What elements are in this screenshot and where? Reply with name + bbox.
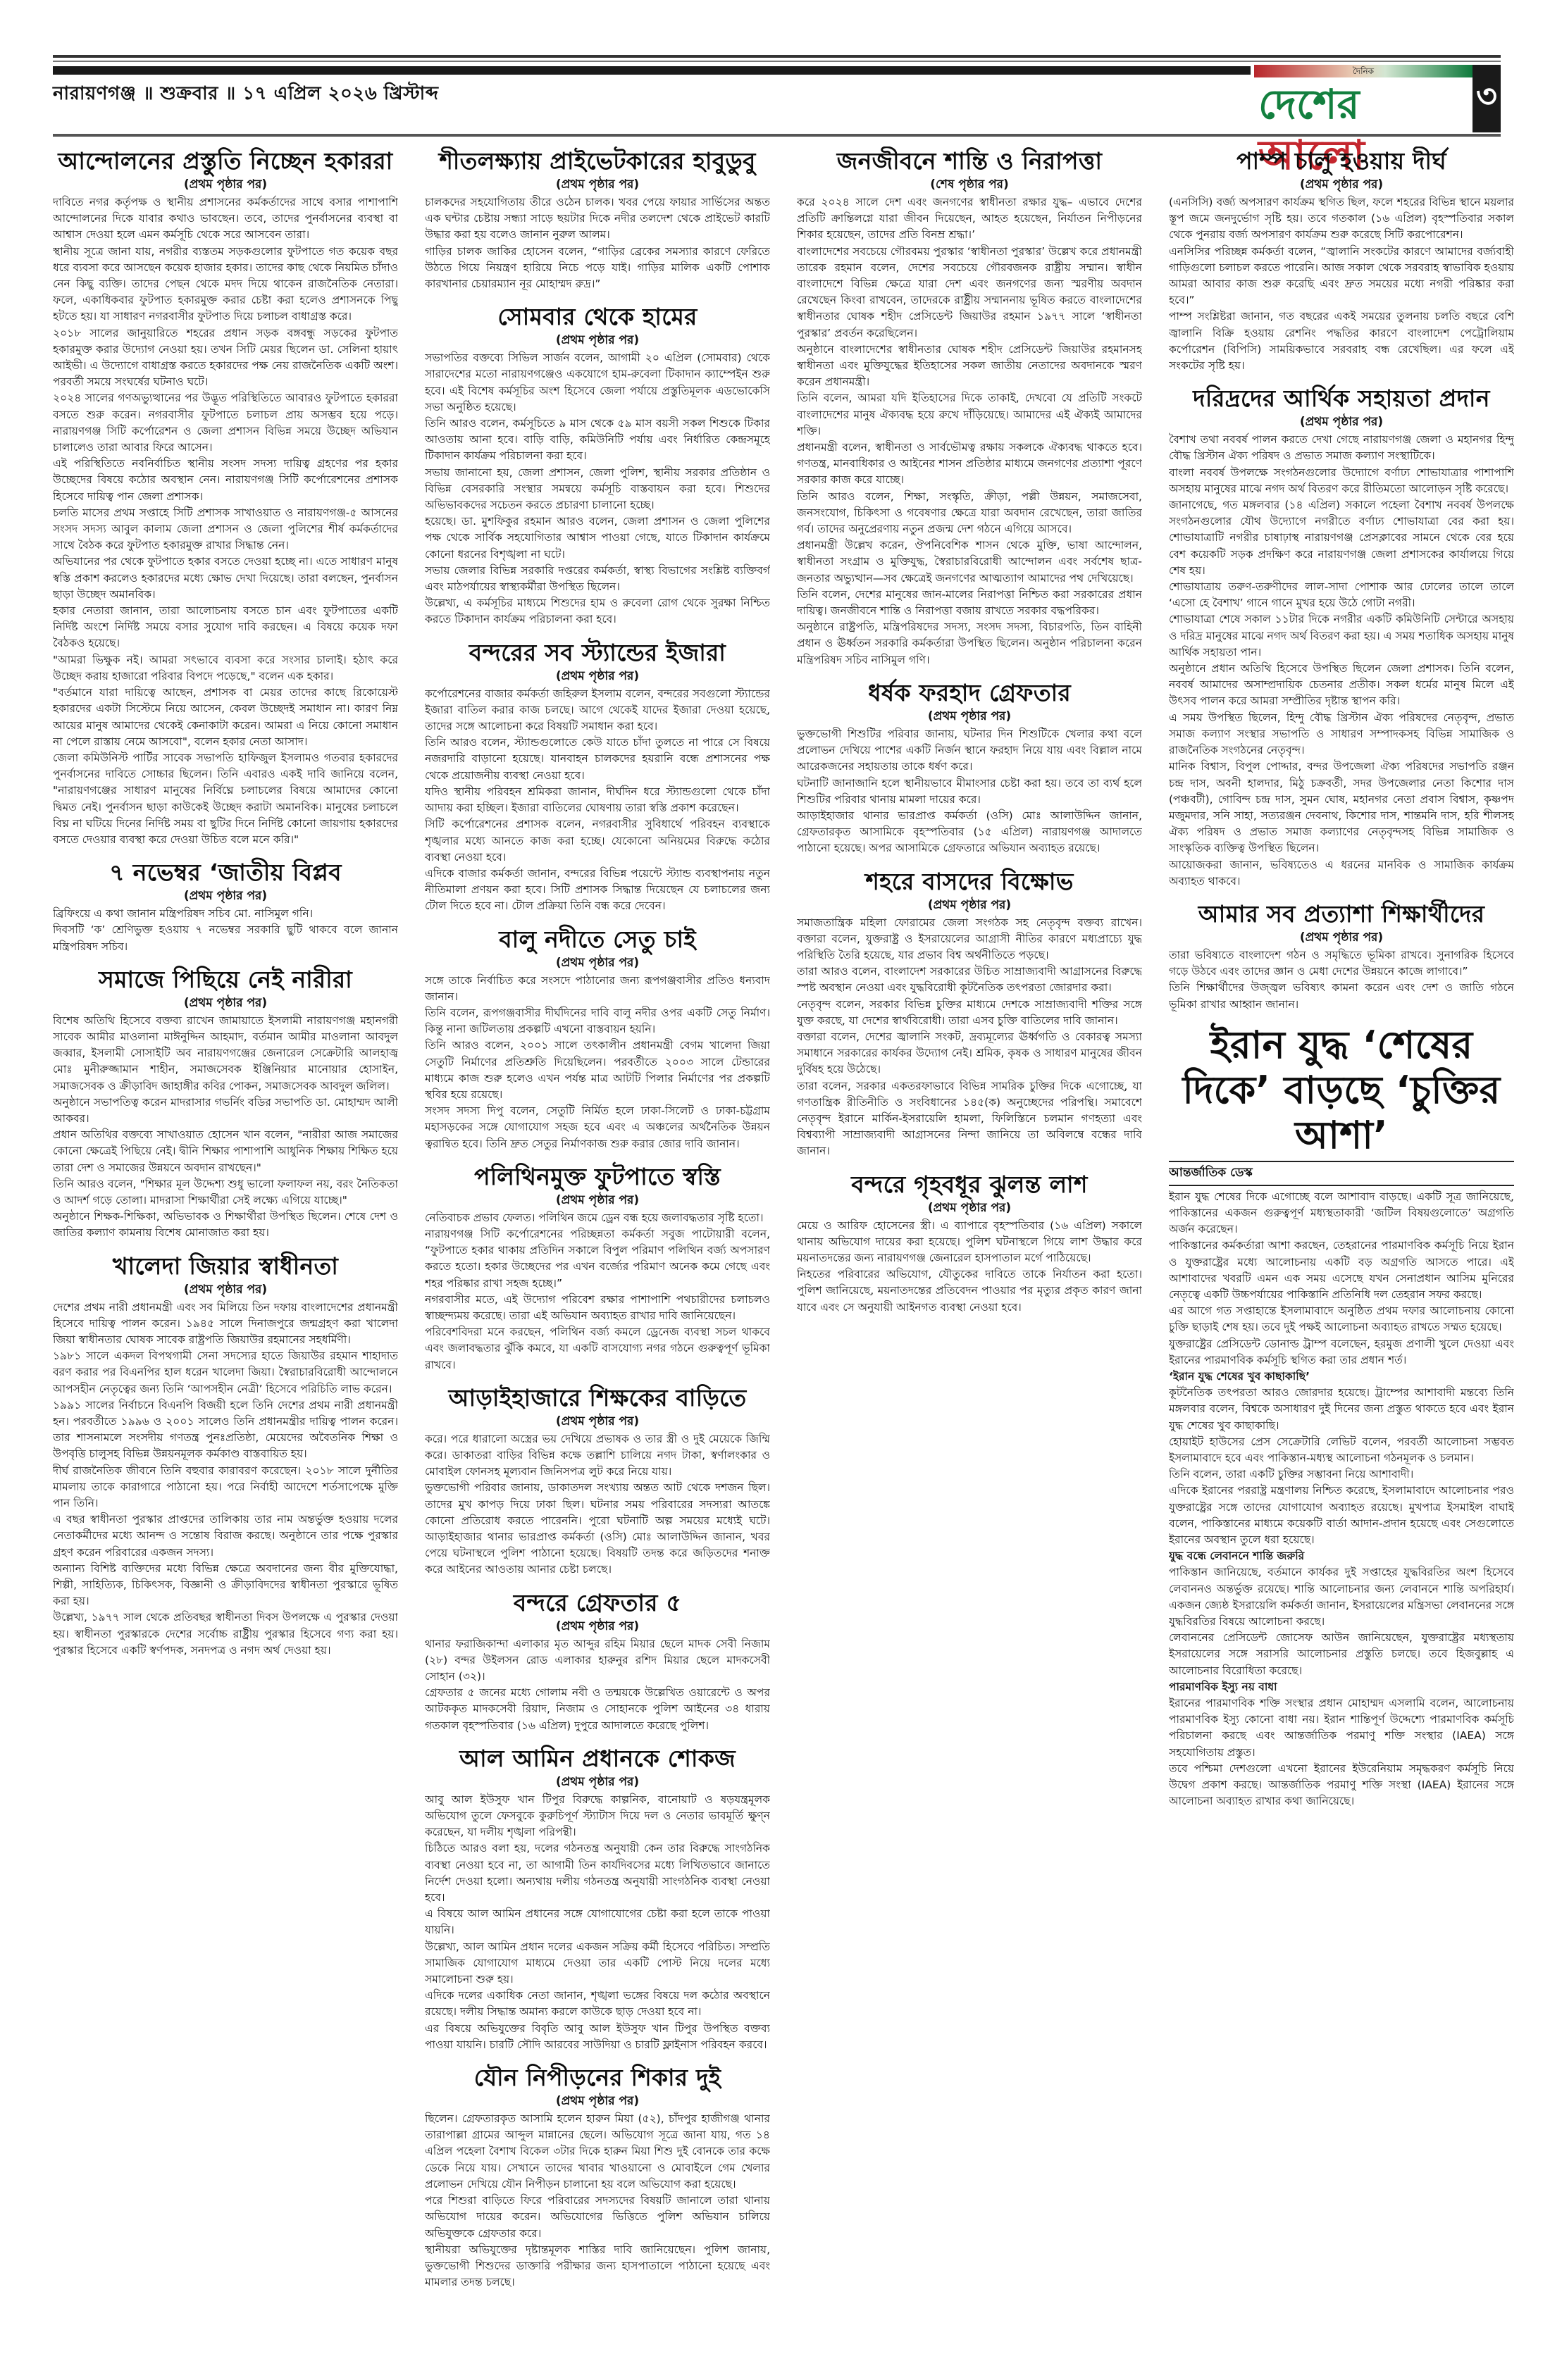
article-paragraph: তিনি বলেন, দেশের মানুষের জান-মালের নিরাপ… bbox=[797, 587, 1142, 619]
article[interactable]: বালু নদীতে সেতু চাই(প্রথম পৃষ্ঠার পর)সঙ্… bbox=[425, 925, 770, 1152]
article-paragraph: ১৯৮১ সালে একদল বিপথগামী সেনা সদস্যের হাত… bbox=[53, 1348, 398, 1397]
article-paragraph: আবু আল ইউসুফ খান টিপুর বিরুদ্ধে কাল্পনিক… bbox=[425, 1792, 770, 1841]
article-columns: আন্দোলনের প্রস্তুতি নিচ্ছেন হকাররা(প্রথম… bbox=[53, 147, 1501, 2358]
article-paragraph: চিঠিতে আরও বলা হয়, দলের গঠনতন্ত্র অনুযা… bbox=[425, 1840, 770, 1906]
article[interactable]: জনজীবনে শান্তি ও নিরাপত্তা(শেষ পৃষ্ঠার প… bbox=[797, 147, 1142, 668]
article-subheading: পারমাণবিক ইস্যু নয় বাধা bbox=[1169, 1679, 1514, 1695]
article-paragraph: স্থানীয় সূত্রে জানা যায়, নগরীর ব্যস্তত… bbox=[53, 244, 398, 325]
article-paragraph: উল্লেখ্য, ১৯৭৭ সাল থেকে প্রতিবছর স্বাধীন… bbox=[53, 1609, 398, 1659]
article-body: বৈশাখ তথা নববর্ষ পালন করতে দেখা গেছে নার… bbox=[1169, 432, 1514, 890]
article-paragraph: এদিকে দলের একাধিক নেতা জানান, শৃঙ্খলা ভঙ… bbox=[425, 1988, 770, 2020]
header-black-band bbox=[53, 66, 1251, 75]
article[interactable]: শীতলক্ষ্যায় প্রাইভেটকারের হাবুডুবু(প্রথ… bbox=[425, 147, 770, 292]
article-paragraph: তারা বলেন, সরকার একতরফাভাবে বিভিন্ন সামর… bbox=[797, 1078, 1142, 1160]
article-paragraph: পাকিস্তান জানিয়েছে, বর্তমানে কার্যকর দু… bbox=[1169, 1564, 1514, 1630]
article[interactable]: খালেদা জিয়ার স্বাধীনতা(প্রথম পৃষ্ঠার পর… bbox=[53, 1252, 398, 1659]
article-paragraph: বৈশাখ তথা নববর্ষ পালন করতে দেখা গেছে নার… bbox=[1169, 432, 1514, 464]
article-paragraph: হোয়াইট হাউসের প্রেস সেক্রেটারি লেভিট বল… bbox=[1169, 1434, 1514, 1466]
article-paragraph: এ সময় উপস্থিত ছিলেন, হিন্দু বৌদ্ধ খ্রিস… bbox=[1169, 710, 1514, 759]
article-paragraph: সিটি কর্পোরেশনের প্রশাসক বলেন, নগরবাসীর … bbox=[425, 816, 770, 866]
article-paragraph: ২০১৮ সালের জানুয়ারিতে শহরের প্রধান সড়ক… bbox=[53, 325, 398, 391]
article-body: কর্পোরেশনের বাজার কর্মকর্তা জহিরুল ইসলাম… bbox=[425, 686, 770, 915]
article-headline[interactable]: যৌন নিপীড়নের শিকার দুই bbox=[425, 2063, 770, 2093]
article-paragraph: "বর্তমানে যারা দায়িত্বে আছেন, প্রশাসক ব… bbox=[53, 685, 398, 750]
article-paragraph: অনুষ্ঠানে সভাপতিত্ব করেন মাদরাসার গভর্নি… bbox=[53, 1095, 398, 1127]
article[interactable]: আল আমিন প্রধানকে শোকজ(প্রথম পৃষ্ঠার পর)আ… bbox=[425, 1744, 770, 2053]
article-body: আবু আল ইউসুফ খান টিপুর বিরুদ্ধে কাল্পনিক… bbox=[425, 1792, 770, 2053]
article-paragraph: গ্রেফতার ৫ জনের মধ্যে গোলাম নবী ও তন্ময়… bbox=[425, 1685, 770, 1734]
article-paragraph: গাড়ির চালক জাকির হোসেন বলেন, “গাড়ির ব্… bbox=[425, 244, 770, 293]
article-paragraph: করে। পরে ধারালো অস্ত্রের ভয় দেখিয়ে প্র… bbox=[425, 1431, 770, 1481]
article-headline[interactable]: বন্দরে গৃহবধূর ঝুলন্ত লাশ bbox=[797, 1170, 1142, 1200]
article-paragraph: বাংলা নববর্ষ উপলক্ষে সংগঠনগুলোর উদ্যোগে … bbox=[1169, 465, 1514, 497]
article-paragraph: এর বিষয়ে অভিযুক্তের বিবৃতি আবু আল ইউসুফ… bbox=[425, 2021, 770, 2053]
article-body: (এনসিসি) বর্জ্য অপসারণ কার্যক্রম স্থগিত … bbox=[1169, 194, 1514, 374]
logo-daily-label: দৈনিক bbox=[1254, 66, 1472, 80]
article-paragraph: দিবসটি ‘ক’ শ্রেণিভুক্ত হওয়ায় ৭ নভেম্বর… bbox=[53, 922, 398, 954]
article-paragraph: নগরবাসীর মতে, এই উদ্যোগ পরিবেশ রক্ষার পা… bbox=[425, 1292, 770, 1324]
article-body: বিশেষ অতিথি হিসেবে বক্তব্য রাখেন জামায়া… bbox=[53, 1013, 398, 1242]
continued-from-label: (প্রথম পৃষ্ঠার পর) bbox=[53, 1281, 398, 1298]
article-paragraph: (এনসিসি) বর্জ্য অপসারণ কার্যক্রম স্থগিত … bbox=[1169, 194, 1514, 244]
article-paragraph: বিশেষ অতিথি হিসেবে বক্তব্য রাখেন জামায়া… bbox=[53, 1013, 398, 1095]
article-byline: আন্তর্জাতিক ডেস্ক bbox=[1169, 1161, 1514, 1186]
article-headline[interactable]: সোমবার থেকে হামের bbox=[425, 302, 770, 332]
article-body: সভাপতির বক্তব্যে সিভিল সার্জন বলেন, আগাম… bbox=[425, 350, 770, 628]
article-paragraph: বাংলাদেশের সবচেয়ে গৌরবময় পুরস্কার ‘স্ব… bbox=[797, 244, 1142, 342]
article-paragraph: কর্পোরেশনের বাজার কর্মকর্তা জহিরুল ইসলাম… bbox=[425, 686, 770, 735]
article-body: চালকদের সহযোগিতায় তীরে ওঠেন চালক। খবর প… bbox=[425, 194, 770, 292]
article-paragraph: চলতি মাসের প্রথম সপ্তাহে সিটি প্রশাসক সা… bbox=[53, 505, 398, 554]
article[interactable]: যৌন নিপীড়নের শিকার দুই(প্রথম পৃষ্ঠার পর… bbox=[425, 2063, 770, 2291]
article-paragraph: ভুক্তভোগী শিশুটির পরিবার জানায়, ঘটনার দ… bbox=[797, 726, 1142, 775]
continued-from-label: (প্রথম পৃষ্ঠার পর) bbox=[425, 332, 770, 349]
article-body: তারা ভবিষ্যতে বাংলাদেশ গঠন ও সমৃদ্ধিতে ভ… bbox=[1169, 947, 1514, 1013]
article-paragraph: সভায় জানানো হয়, জেলা প্রশাসন, জেলা পুল… bbox=[425, 465, 770, 514]
article-body: থানার ফরাজিকান্দা এলাকার মৃত আব্দুর রহিম… bbox=[425, 1636, 770, 1734]
continued-from-label: (প্রথম পৃষ্ঠার পর) bbox=[797, 708, 1142, 725]
dateline: নারায়ণগঞ্জ ॥ শুক্রবার ॥ ১৭ এপ্রিল ২০২৬ … bbox=[53, 79, 438, 110]
article-headline[interactable]: পাম্প চালু হওয়ায় দীর্ঘ bbox=[1169, 147, 1514, 176]
article-paragraph: অনুষ্ঠানে বাংলাদেশের স্বাধীনতার ঘোষক শহী… bbox=[797, 342, 1142, 391]
article-paragraph: আড়াইহাজার থানার ভারপ্রাপ্ত কর্মকর্তা (ও… bbox=[797, 808, 1142, 857]
article-body: ব্রিফিংয়ে এ কথা জানান মন্ত্রিপরিষদ সচিব… bbox=[53, 906, 398, 955]
continued-from-label: (প্রথম পৃষ্ঠার পর) bbox=[425, 2093, 770, 2110]
article[interactable]: আন্দোলনের প্রস্তুতি নিচ্ছেন হকাররা(প্রথম… bbox=[53, 147, 398, 848]
article-body: ছিলেন। গ্রেফতারকৃত আসামি হলেন হারুন মিয়… bbox=[425, 2111, 770, 2291]
article-paragraph: জেলা কমিউনিস্ট পার্টির সাবেক সভাপতি হাফি… bbox=[53, 750, 398, 848]
article-paragraph: দীর্ঘ রাজনৈতিক জীবনে তিনি বহুবার কারাবরণ… bbox=[53, 1463, 398, 1512]
article[interactable]: ইরান যুদ্ধ ‘শেষের দিকে’ বাড়ছে ‘চুক্তির … bbox=[1169, 1023, 1514, 1810]
article-paragraph: এ বিষয়ে আল আমিন প্রধানের সঙ্গে যোগাযোগে… bbox=[425, 1906, 770, 1938]
header-rule bbox=[53, 55, 1501, 58]
article-paragraph: "আমরা ভিক্ষুক নই। আমরা সৎভাবে ব্যবসা করে… bbox=[53, 652, 398, 685]
article-paragraph: প্রধান অতিথির বক্তব্যে সাখাওয়াত হোসেন খ… bbox=[53, 1127, 398, 1176]
article-paragraph: লেবাননের প্রেসিডেন্ট জোসেফ আউন জানিয়েছে… bbox=[1169, 1630, 1514, 1679]
article-paragraph: অনুষ্ঠানে রাষ্ট্রপতি, মন্ত্রিপরিষদের সদস… bbox=[797, 619, 1142, 668]
continued-from-label: (প্রথম পৃষ্ঠার পর) bbox=[1169, 413, 1514, 430]
article-paragraph: তিনি আরও বলেন, কর্মসূচিতে ৯ মাস থেকে ৫৯ … bbox=[425, 416, 770, 465]
article-headline[interactable]: সমাজে পিছিয়ে নেই নারীরা bbox=[53, 965, 398, 995]
article-paragraph: এ বছর স্বাধীনতা পুরস্কার প্রাপ্তদের তালি… bbox=[53, 1512, 398, 1561]
article-paragraph: দাবিতে নগর কর্তৃপক্ষ ও স্থানীয় প্রশাসনে… bbox=[53, 194, 398, 244]
article-paragraph: পাকিস্তানের কর্মকর্তারা আশা করছেন, তেহরা… bbox=[1169, 1238, 1514, 1303]
article[interactable]: আমার সব প্রত্যাশা শিক্ষার্থীদের(প্রথম পৃ… bbox=[1169, 899, 1514, 1013]
article-paragraph: নেতৃবৃন্দ বলেন, সরকার বিভিন্ন চুক্তির মা… bbox=[797, 997, 1142, 1029]
article[interactable]: পাম্প চালু হওয়ায় দীর্ঘ(প্রথম পৃষ্ঠার প… bbox=[1169, 147, 1514, 374]
article-paragraph: থানার ফরাজিকান্দা এলাকার মৃত আব্দুর রহিম… bbox=[425, 1636, 770, 1686]
newspaper-logo[interactable]: দৈনিক দেশের আলো bbox=[1254, 65, 1472, 132]
article-paragraph: নারায়ণগঞ্জ সিটি কর্পোরেশনের পরিচ্ছন্নতা… bbox=[425, 1226, 770, 1292]
article-paragraph: তিনি আরও বলেন, শিক্ষা, সংস্কৃতি, ক্রীড়া… bbox=[797, 489, 1142, 538]
article-paragraph: অনুষ্ঠানে প্রধান অতিথি হিসেবে উপস্থিত ছি… bbox=[1169, 661, 1514, 710]
article-paragraph: কূটনৈতিক তৎপরতা আরও জোরদার হয়েছে। ট্রাম… bbox=[1169, 1385, 1514, 1434]
logo-word-desher: দেশের bbox=[1258, 80, 1360, 128]
article-paragraph: বক্তারা বলেন, দেশের জ্বালানি সংকট, দ্রব্… bbox=[797, 1029, 1142, 1078]
article-body: সঙ্গে তাকে নির্বাচিত করে সংসদে পাঠানোর জ… bbox=[425, 973, 770, 1152]
article-paragraph: ইরান যুদ্ধ শেষের দিকে এগোচ্ছে বলে আশাবাদ… bbox=[1169, 1189, 1514, 1238]
article-paragraph: তিনি আরও বলেন, স্ট্যান্ডগুলোতে কেউ যাতে … bbox=[425, 735, 770, 784]
article-paragraph: যদিও স্থানীয় পরিবহন শ্রমিকরা জানান, দীর… bbox=[425, 784, 770, 816]
article-paragraph: এদিকে বাজার কর্মকর্তা জানান, বন্দরের বিভ… bbox=[425, 866, 770, 915]
article-body: করে ২০২৪ সালে দেশ এবং জনগণের স্বাধীনতা র… bbox=[797, 194, 1142, 668]
article-paragraph: এনসিসির পরিচ্ছন্ন কর্মকর্তা বলেন, “জ্বাল… bbox=[1169, 244, 1514, 309]
continued-from-label: (শেষ পৃষ্ঠার পর) bbox=[797, 176, 1142, 193]
continued-from-label: (প্রথম পৃষ্ঠার পর) bbox=[425, 954, 770, 971]
article-paragraph: জানাগেছে, গত মঙ্গলবার (১৪ এপ্রিল) সকালে … bbox=[1169, 497, 1514, 579]
article-headline[interactable]: শীতলক্ষ্যায় প্রাইভেটকারের হাবুডুবু bbox=[425, 147, 770, 176]
article-subheading: ‘ইরান যুদ্ধ শেষের খুব কাছাকাছি’ bbox=[1169, 1369, 1514, 1385]
continued-from-label: (প্রথম পৃষ্ঠার পর) bbox=[425, 1192, 770, 1209]
continued-from-label: (প্রথম পৃষ্ঠার পর) bbox=[1169, 176, 1514, 193]
continued-from-label: (প্রথম পৃষ্ঠার পর) bbox=[797, 897, 1142, 914]
article[interactable]: শহরে বাসদের বিক্ষোভ(প্রথম পৃষ্ঠার পর)সমা… bbox=[797, 867, 1142, 1160]
article[interactable]: ৭ নভেম্বর ‘জাতীয় বিপ্লব(প্রথম পৃষ্ঠার প… bbox=[53, 858, 398, 955]
article-paragraph: নেতিবাচক প্রভাব ফেলত। পলিথিন জমে ড্রেন ব… bbox=[425, 1210, 770, 1226]
article-body: ইরান যুদ্ধ শেষের দিকে এগোচ্ছে বলে আশাবাদ… bbox=[1169, 1189, 1514, 1810]
article-body: সমাজতান্ত্রিক মহিলা ফোরামের জেলা সংগঠক স… bbox=[797, 915, 1142, 1160]
article-paragraph: প্রধানমন্ত্রী বলেন, স্বাধীনতা ও সার্বভৌম… bbox=[797, 440, 1142, 489]
article-headline[interactable]: আন্দোলনের প্রস্তুতি নিচ্ছেন হকাররা bbox=[53, 147, 398, 176]
article-paragraph: পরিবেশবিদরা মনে করছেন, পলিথিন বর্জ্য কমল… bbox=[425, 1324, 770, 1373]
article-paragraph: আয়োজকরা জানান, ভবিষ্যতেও এ ধরনের মানবিক… bbox=[1169, 857, 1514, 890]
article-paragraph: দেশের প্রথম নারী প্রধানমন্ত্রী এবং সব মি… bbox=[53, 1300, 398, 1349]
column-3: জনজীবনে শান্তি ও নিরাপত্তা(শেষ পৃষ্ঠার প… bbox=[797, 147, 1142, 2358]
article-headline[interactable]: ইরান যুদ্ধ ‘শেষের দিকে’ বাড়ছে ‘চুক্তির … bbox=[1169, 1023, 1514, 1158]
article-paragraph: নিহতের পরিবারের অভিযোগ, যৌতুকের দাবিতে ত… bbox=[797, 1266, 1142, 1316]
article[interactable]: পলিথিনমুক্ত ফুটপাতে স্বস্তি(প্রথম পৃষ্ঠা… bbox=[425, 1162, 770, 1373]
article[interactable]: দরিদ্রদের আর্থিক সহায়তা প্রদান(প্রথম পৃ… bbox=[1169, 384, 1514, 890]
article-paragraph: সঙ্গে তাকে নির্বাচিত করে সংসদে পাঠানোর জ… bbox=[425, 973, 770, 1005]
article[interactable]: বন্দরে গ্রেফতার ৫(প্রথম পৃষ্ঠার পর)থানার… bbox=[425, 1588, 770, 1734]
article-headline[interactable]: ধর্ষক ফরহাদ গ্রেফতার bbox=[797, 678, 1142, 708]
article-headline[interactable]: বন্দরে গ্রেফতার ৫ bbox=[425, 1588, 770, 1618]
column-2: শীতলক্ষ্যায় প্রাইভেটকারের হাবুডুবু(প্রথ… bbox=[425, 147, 770, 2358]
article[interactable]: সোমবার থেকে হামের(প্রথম পৃষ্ঠার পর)সভাপত… bbox=[425, 302, 770, 628]
article-paragraph: ঘটনাটি জানাজানি হলে স্থানীয়ভাবে মীমাংসা… bbox=[797, 775, 1142, 808]
article-paragraph: এই পরিস্থিতিতে নবনির্বাচিত স্থানীয় সংসদ… bbox=[53, 456, 398, 505]
article-body: নেতিবাচক প্রভাব ফেলত। পলিথিন জমে ড্রেন ব… bbox=[425, 1210, 770, 1373]
article[interactable]: বন্দরে গৃহবধূর ঝুলন্ত লাশ(প্রথম পৃষ্ঠার … bbox=[797, 1170, 1142, 1316]
article-paragraph: তিনি বলেন, রূপগঞ্জবাসীর দীর্ঘদিনের দাবি … bbox=[425, 1005, 770, 1038]
article-paragraph: শোভাযাত্রায় তরুণ-তরুণীদের লাল-সাদা পোশা… bbox=[1169, 579, 1514, 611]
article-paragraph: সমাজতান্ত্রিক মহিলা ফোরামের জেলা সংগঠক স… bbox=[797, 915, 1142, 964]
article-paragraph: ২০২৪ সালের গণঅভ্যুত্থানের পর উদ্ভূত পরিস… bbox=[53, 390, 398, 456]
article-paragraph: উল্লেখ্য, আল আমিন প্রধান দলের একজন সক্রি… bbox=[425, 1939, 770, 1988]
article-paragraph: চালকদের সহযোগিতায় তীরে ওঠেন চালক। খবর প… bbox=[425, 194, 770, 244]
header-bottom-rule bbox=[53, 134, 1501, 137]
article-paragraph: তবে পশ্চিমা দেশগুলো এখনো ইরানের ইউরেনিয়… bbox=[1169, 1761, 1514, 1810]
article-headline[interactable]: বন্দরের সব স্ট্যান্ডের ইজারা bbox=[425, 638, 770, 668]
article-paragraph: ছিলেন। গ্রেফতারকৃত আসামি হলেন হারুন মিয়… bbox=[425, 2111, 770, 2193]
article-paragraph: ভুক্তভোগী পরিবার জানায়, ডাকাতদল সংখ্যায… bbox=[425, 1480, 770, 1578]
article[interactable]: আড়াইহাজারে শিক্ষকের বাড়িতে(প্রথম পৃষ্ঠ… bbox=[425, 1383, 770, 1578]
article-body: দেশের প্রথম নারী প্রধানমন্ত্রী এবং সব মি… bbox=[53, 1300, 398, 1659]
article-paragraph: ১৯৯১ সালের নির্বাচনে বিএনপি বিজয়ী হলে ত… bbox=[53, 1397, 398, 1463]
article-paragraph: এর আগে গত সপ্তাহান্তে ইসলামাবাদে অনুষ্ঠি… bbox=[1169, 1303, 1514, 1335]
article-paragraph: হকার নেতারা জানান, তারা আলোচনায় বসতে চা… bbox=[53, 603, 398, 652]
article-headline[interactable]: আমার সব প্রত্যাশা শিক্ষার্থীদের bbox=[1169, 899, 1514, 929]
article-paragraph: সভাপতির বক্তব্যে সিভিল সার্জন বলেন, আগাম… bbox=[425, 350, 770, 416]
article-paragraph: উল্লেখ্য, এ কর্মসূচির মাধ্যমে শিশুদের হা… bbox=[425, 595, 770, 628]
column-4: পাম্প চালু হওয়ায় দীর্ঘ(প্রথম পৃষ্ঠার প… bbox=[1169, 147, 1514, 2358]
article-headline[interactable]: দরিদ্রদের আর্থিক সহায়তা প্রদান bbox=[1169, 384, 1514, 413]
article-paragraph: তিনি আরও বলেন, "শিক্ষার মূল উদ্দেশ্য শুধ… bbox=[53, 1176, 398, 1209]
continued-from-label: (প্রথম পৃষ্ঠার পর) bbox=[797, 1200, 1142, 1216]
article-paragraph: অভিযানের পর থেকে ফুটপাতে হকার বসতে দেওয়… bbox=[53, 554, 398, 603]
page-header: নারায়ণগঞ্জ ॥ শুক্রবার ॥ ১৭ এপ্রিল ২০২৬ … bbox=[53, 55, 1501, 138]
header-rule-thin bbox=[53, 61, 1501, 62]
article-body: দাবিতে নগর কর্তৃপক্ষ ও স্থানীয় প্রশাসনে… bbox=[53, 194, 398, 848]
article-paragraph: সভায় জেলার বিভিন্ন সরকারি দপ্তরের কর্মক… bbox=[425, 563, 770, 595]
continued-from-label: (প্রথম পৃষ্ঠার পর) bbox=[53, 176, 398, 193]
article-body: মেয়ে ও আরিফ হোসেনের স্ত্রী। এ ব্যাপারে … bbox=[797, 1218, 1142, 1316]
article-body: করে। পরে ধারালো অস্ত্রের ভয় দেখিয়ে প্র… bbox=[425, 1431, 770, 1578]
article-headline[interactable]: খালেদা জিয়ার স্বাধীনতা bbox=[53, 1252, 398, 1281]
article-paragraph: পরে শিশুরা বাড়িতে ফিরে পরিবারের সদস্যদে… bbox=[425, 2193, 770, 2242]
article-headline[interactable]: জনজীবনে শান্তি ও নিরাপত্তা bbox=[797, 147, 1142, 176]
article-paragraph: ব্রিফিংয়ে এ কথা জানান মন্ত্রিপরিষদ সচিব… bbox=[53, 906, 398, 922]
article-paragraph: স্থানীয়রা অভিযুক্তের দৃষ্টান্তমূলক শাস্… bbox=[425, 2242, 770, 2291]
article-headline[interactable]: আল আমিন প্রধানকে শোকজ bbox=[425, 1744, 770, 1774]
article[interactable]: ধর্ষক ফরহাদ গ্রেফতার(প্রথম পৃষ্ঠার পর)ভু… bbox=[797, 678, 1142, 857]
article-paragraph: প্রধানমন্ত্রী উল্লেখ করেন, ঔপনিবেশিক শাস… bbox=[797, 537, 1142, 587]
article-body: ভুক্তভোগী শিশুটির পরিবার জানায়, ঘটনার দ… bbox=[797, 726, 1142, 857]
article-headline[interactable]: ৭ নভেম্বর ‘জাতীয় বিপ্লব bbox=[53, 858, 398, 887]
continued-from-label: (প্রথম পৃষ্ঠার পর) bbox=[425, 1618, 770, 1635]
article-paragraph: পাম্প সংশ্লিষ্টরা জানান, গত বছরের একই সম… bbox=[1169, 309, 1514, 374]
article[interactable]: সমাজে পিছিয়ে নেই নারীরা(প্রথম পৃষ্ঠার প… bbox=[53, 965, 398, 1242]
article-paragraph: মানিক বিশ্বাস, বিপুল পোদ্দার, বন্দর উপজে… bbox=[1169, 759, 1514, 856]
article-paragraph: হয়েছে। ডা. মুশফিকুর রহমান আরও বলেন, জেল… bbox=[425, 513, 770, 563]
article-paragraph: তিনি শিক্ষার্থীদের উজ্জ্বল ভবিষ্যৎ কামনা… bbox=[1169, 980, 1514, 1012]
continued-from-label: (প্রথম পৃষ্ঠার পর) bbox=[425, 1774, 770, 1790]
article-paragraph: তারা ভবিষ্যতে বাংলাদেশ গঠন ও সমৃদ্ধিতে ভ… bbox=[1169, 947, 1514, 980]
article-paragraph: মেয়ে ও আরিফ হোসেনের স্ত্রী। এ ব্যাপারে … bbox=[797, 1218, 1142, 1267]
article-subheading: যুদ্ধ বন্ধে লেবাননে শান্তি জরুরি bbox=[1169, 1548, 1514, 1564]
article-paragraph: করে ২০২৪ সালে দেশ এবং জনগণের স্বাধীনতা র… bbox=[797, 194, 1142, 244]
article-headline[interactable]: শহরে বাসদের বিক্ষোভ bbox=[797, 867, 1142, 897]
continued-from-label: (প্রথম পৃষ্ঠার পর) bbox=[53, 995, 398, 1011]
article-paragraph: তিনি আরও বলেন, ২০০১ সালে তৎকালীন প্রধানম… bbox=[425, 1038, 770, 1103]
article[interactable]: বন্দরের সব স্ট্যান্ডের ইজারা(প্রথম পৃষ্ঠ… bbox=[425, 638, 770, 915]
continued-from-label: (প্রথম পৃষ্ঠার পর) bbox=[1169, 929, 1514, 946]
article-paragraph: অন্যান্য বিশিষ্ট ব্যক্তিদের মধ্যে বিভিন্… bbox=[53, 1561, 398, 1610]
article-paragraph: ইরানের পারমাণবিক শক্তি সংস্থার প্রধান মো… bbox=[1169, 1695, 1514, 1761]
continued-from-label: (প্রথম পৃষ্ঠার পর) bbox=[425, 668, 770, 685]
article-paragraph: তারা আরও বলেন, বাংলাদেশ সরকারের উচিত সাম… bbox=[797, 964, 1142, 996]
article-paragraph: অনুষ্ঠানে শিক্ষক-শিক্ষিকা, অভিভাবক ও শিক… bbox=[53, 1209, 398, 1241]
article-paragraph: তিনি বলেন, আমরা যদি ইতিহাসের দিকে তাকাই,… bbox=[797, 390, 1142, 440]
article-paragraph: তিনি বলেন, তারা একটি চুক্তির সম্ভাবনা নি… bbox=[1169, 1466, 1514, 1483]
continued-from-label: (প্রথম পৃষ্ঠার পর) bbox=[53, 887, 398, 904]
continued-from-label: (প্রথম পৃষ্ঠার পর) bbox=[425, 1413, 770, 1430]
continued-from-label: (প্রথম পৃষ্ঠার পর) bbox=[425, 176, 770, 193]
article-headline[interactable]: পলিথিনমুক্ত ফুটপাতে স্বস্তি bbox=[425, 1162, 770, 1192]
article-paragraph: শোভাযাত্রা শেষে সকাল ১১টার দিকে নগরীর এক… bbox=[1169, 611, 1514, 661]
article-headline[interactable]: আড়াইহাজারে শিক্ষকের বাড়িতে bbox=[425, 1383, 770, 1413]
article-paragraph: যুক্তরাষ্ট্রের প্রেসিডেন্ট ডোনাল্ড ট্রাম… bbox=[1169, 1336, 1514, 1369]
page-number: ৩ bbox=[1472, 65, 1501, 132]
article-paragraph: সংসদ সদস্য দিপু বলেন, সেতুটি নির্মিত হলে… bbox=[425, 1103, 770, 1152]
column-1: আন্দোলনের প্রস্তুতি নিচ্ছেন হকাররা(প্রথম… bbox=[53, 147, 398, 2358]
article-headline[interactable]: বালু নদীতে সেতু চাই bbox=[425, 925, 770, 954]
article-paragraph: এদিকে ইরানের পররাষ্ট্র মন্ত্রণালয় নিশ্চ… bbox=[1169, 1483, 1514, 1548]
